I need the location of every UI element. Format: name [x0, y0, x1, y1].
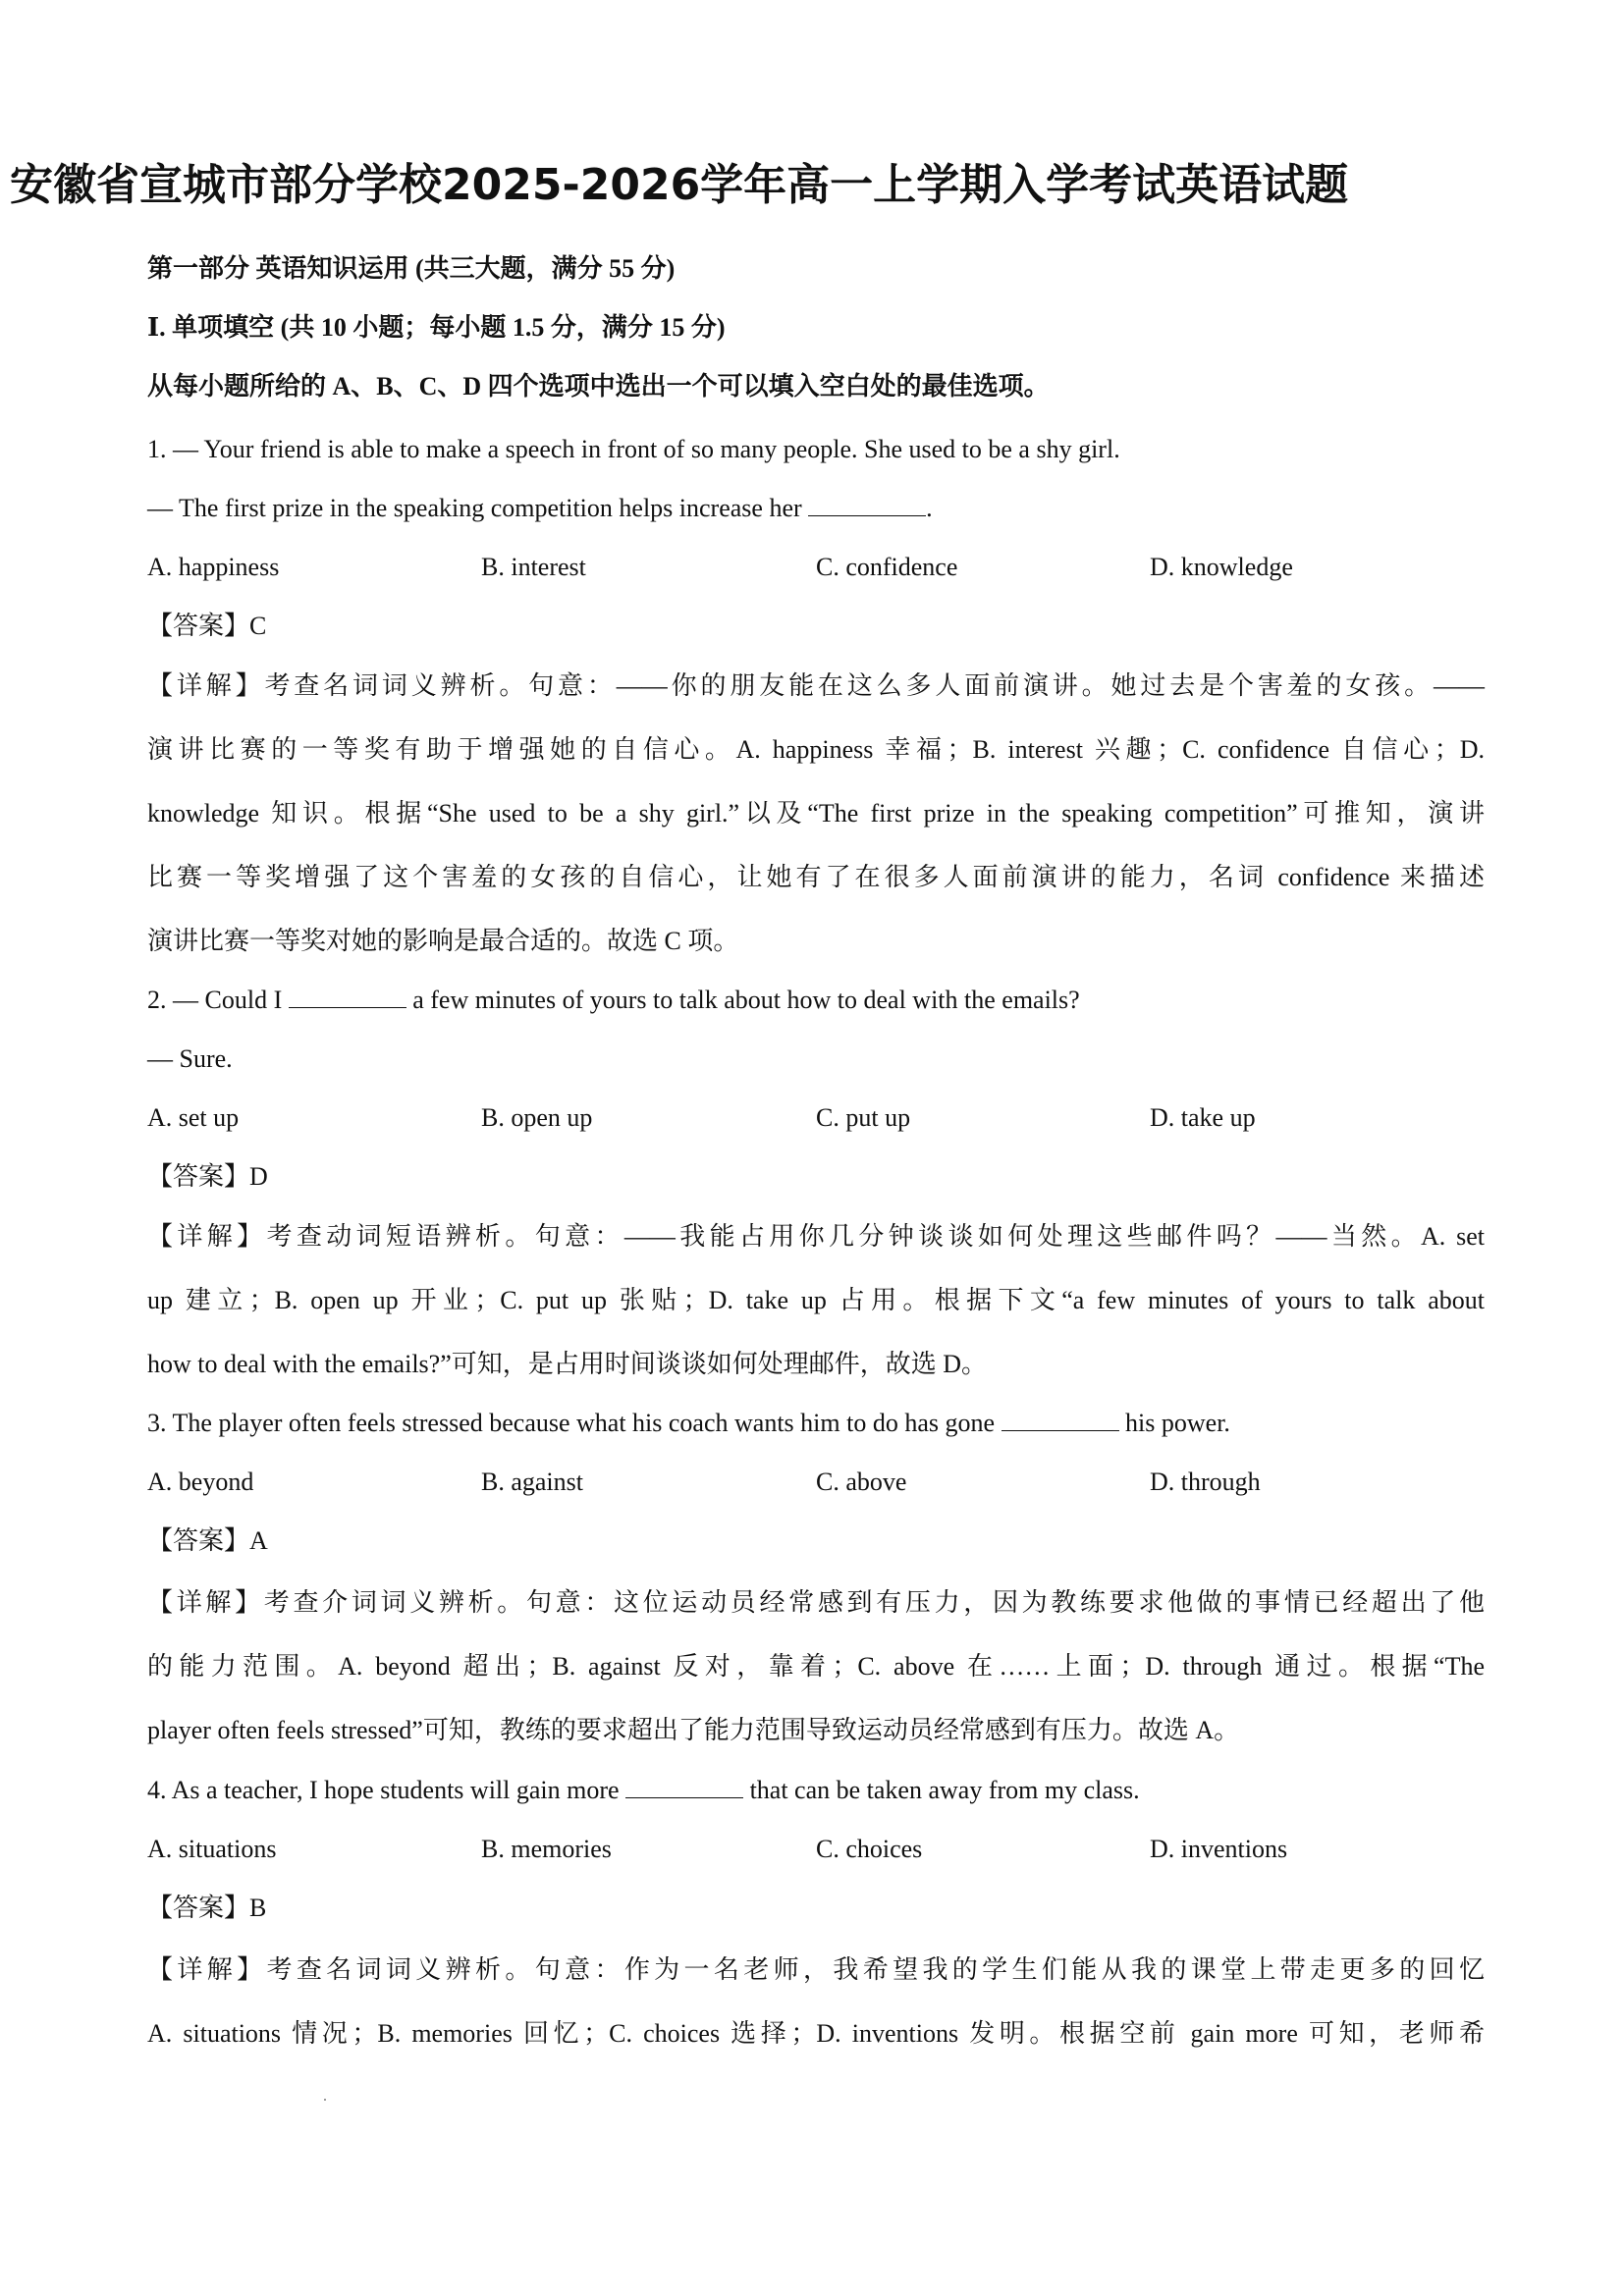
- option-b: B. memories: [481, 1834, 612, 1865]
- option-c: C. put up: [816, 1102, 910, 1134]
- option-a: A. situations: [147, 1834, 276, 1865]
- question-2-explanation-line: up 建立；B. open up 开业；C. put up 张贴；D. take…: [147, 1285, 1485, 1316]
- question-1-explanation-line: knowledge 知识。根据“She used to be a shy gir…: [147, 798, 1485, 829]
- question-2-stem-start: 2. — Could I: [147, 986, 289, 1014]
- question-1-explanation-line: 演讲比赛的一等奖有助于增强她的自信心。A. happiness 幸福；B. in…: [147, 734, 1485, 766]
- question-3-explanation-line: 的能力范围。A. beyond 超出；B. against 反对，靠着；C. a…: [147, 1651, 1485, 1682]
- part-heading: 第一部分 英语知识运用 (共三大题，满分 55 分): [147, 253, 1485, 285]
- option-d: D. knowledge: [1150, 552, 1293, 583]
- option-b: B. against: [481, 1467, 583, 1498]
- option-c: C. above: [816, 1467, 906, 1498]
- question-3-answer: 【答案】A: [147, 1525, 1485, 1557]
- question-4-stem-end: that can be taken away from my class.: [743, 1776, 1140, 1804]
- question-1-stem: 1. — Your friend is able to make a speec…: [147, 434, 1485, 465]
- question-1-explanation-line: 【详解】考查名词词义辨析。句意：——你的朋友能在这么多人面前演讲。她过去是个害羞…: [147, 670, 1485, 702]
- option-d: D. take up: [1150, 1102, 1256, 1134]
- question-1-period: .: [926, 494, 933, 522]
- option-c: C. confidence: [816, 552, 957, 583]
- question-3-explanation-line: player often feels stressed”可知，教练的要求超出了能…: [147, 1715, 1485, 1746]
- question-1-explanation-line: 比赛一等奖增强了这个害羞的女孩的自信心，让她有了在很多人面前演讲的能力，名词 c…: [147, 862, 1485, 893]
- answer-blank: [808, 494, 926, 516]
- question-4-explanation-line: 【详解】考查名词词义辨析。句意：作为一名老师，我希望我的学生们能从我的课堂上带走…: [147, 1954, 1485, 1986]
- question-1-response-text: — The first prize in the speaking compet…: [147, 494, 808, 522]
- question-2-answer: 【答案】D: [147, 1161, 1485, 1193]
- option-a: A. beyond: [147, 1467, 253, 1498]
- question-2-explanation-line: how to deal with the emails?”可知，是占用时间谈谈如…: [147, 1349, 1485, 1380]
- document-title: 安徽省宣城市部分学校2025-2026学年高一上学期入学考试英语试题: [10, 149, 1347, 212]
- question-2-stem: 2. — Could I a few minutes of yours to t…: [147, 985, 1485, 1016]
- question-2-response: — Sure.: [147, 1043, 1485, 1075]
- answer-blank: [289, 986, 406, 1008]
- question-3-stem-end: his power.: [1119, 1409, 1230, 1437]
- option-d: D. inventions: [1150, 1834, 1287, 1865]
- question-4-explanation-line: A. situations 情况；B. memories 回忆；C. choic…: [147, 2018, 1485, 2050]
- question-4-stem-start: 4. As a teacher, I hope students will ga…: [147, 1776, 625, 1804]
- question-4-stem: 4. As a teacher, I hope students will ga…: [147, 1775, 1485, 1806]
- question-3-explanation-line: 【详解】考查介词词义辨析。句意：这位运动员经常感到有压力，因为教练要求他做的事情…: [147, 1587, 1485, 1619]
- question-2-options: A. set up B. open up C. put up D. take u…: [147, 1102, 1485, 1134]
- question-4-options: A. situations B. memories C. choices D. …: [147, 1834, 1485, 1865]
- option-d: D. through: [1150, 1467, 1261, 1498]
- question-4-answer: 【答案】B: [147, 1893, 1485, 1924]
- question-2-explanation-line: 【详解】考查动词短语辨析。句意：——我能占用你几分钟谈谈如何处理这些邮件吗？——…: [147, 1221, 1485, 1253]
- section-instruction: 从每小题所给的 A、B、C、D 四个选项中选出一个可以填入空白处的最佳选项。: [147, 371, 1485, 402]
- option-c: C. choices: [816, 1834, 922, 1865]
- option-b: B. open up: [481, 1102, 592, 1134]
- question-3-stem: 3. The player often feels stressed becau…: [147, 1408, 1485, 1439]
- answer-blank: [1001, 1409, 1119, 1431]
- option-a: A. set up: [147, 1102, 239, 1134]
- question-3-options: A. beyond B. against C. above D. through: [147, 1467, 1485, 1498]
- question-1-options: A. happiness B. interest C. confidence D…: [147, 552, 1485, 583]
- option-a: A. happiness: [147, 552, 279, 583]
- stray-mark: [324, 2099, 326, 2101]
- option-b: B. interest: [481, 552, 586, 583]
- answer-blank: [625, 1776, 743, 1798]
- question-1-response: — The first prize in the speaking compet…: [147, 493, 1485, 524]
- question-1-explanation-line: 演讲比赛一等奖对她的影响是最合适的。故选 C 项。: [147, 926, 1485, 957]
- section-heading: Ⅰ. 单项填空 (共 10 小题；每小题 1.5 分，满分 15 分): [147, 312, 1485, 344]
- question-3-stem-start: 3. The player often feels stressed becau…: [147, 1409, 1001, 1437]
- question-2-stem-end: a few minutes of yours to talk about how…: [406, 986, 1080, 1014]
- question-1-answer: 【答案】C: [147, 611, 1485, 642]
